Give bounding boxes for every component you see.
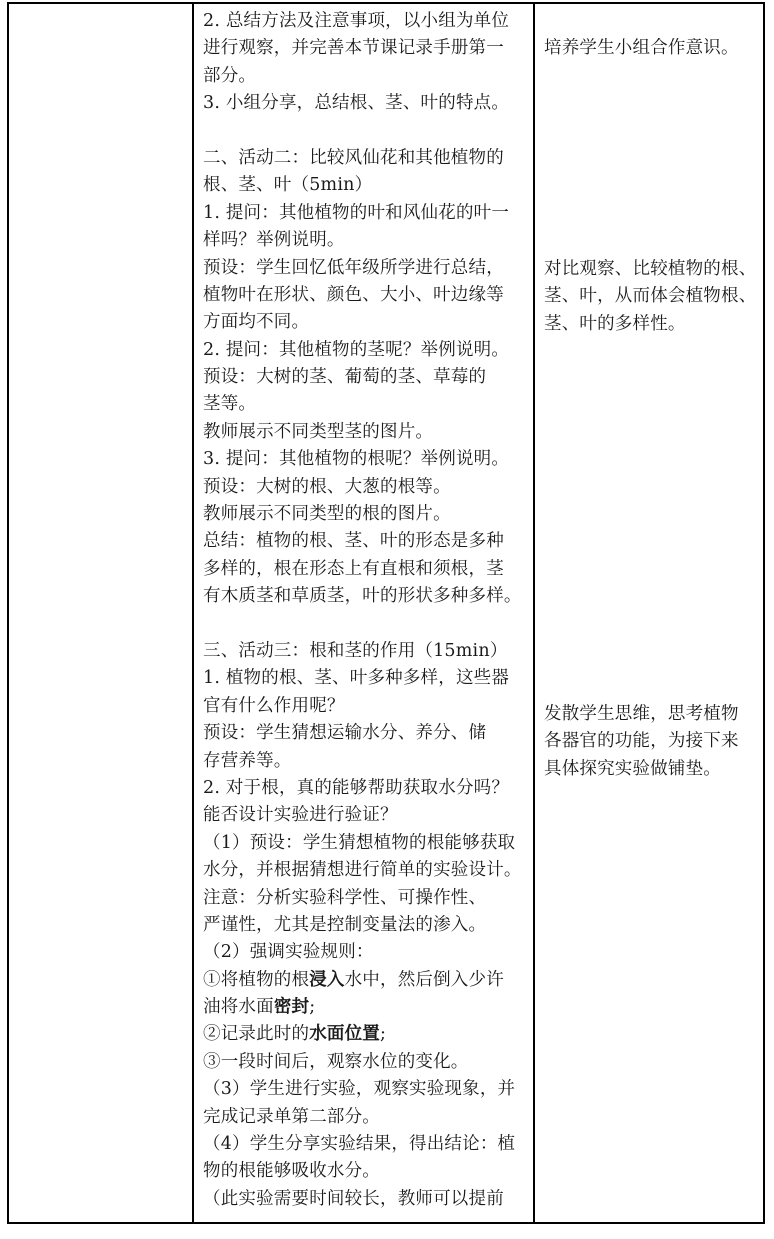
process-line: （2）强调实验规则： (203, 939, 531, 966)
document-page: 2. 总结方法及注意事项，以小组为单位 进行观察，并完善本节课记录手册第一 部分… (0, 0, 774, 1239)
summary-line: 有木质茎和草质茎，叶的形状多种多样。 (203, 583, 531, 610)
process-line: 完成记录单第二部分。 (203, 1104, 531, 1131)
design-intent-note-1: 培养学生小组合作意识。 (544, 35, 766, 62)
process-line: 教师展示不同类型茎的图片。 (203, 419, 531, 446)
lesson-plan-table: 2. 总结方法及注意事项，以小组为单位 进行观察，并完善本节课记录手册第一 部分… (7, 2, 765, 1224)
summary-line: 总结：植物的根、茎、叶的形态是多种 (203, 528, 531, 555)
process-line: 水分，并根据猜想进行简单的实验设计。 (203, 857, 531, 884)
process-line: 2. 提问：其他植物的茎呢？举例说明。 (203, 337, 531, 364)
blank-line (203, 611, 531, 638)
process-line: 样吗？举例说明。 (203, 227, 531, 254)
process-line: 预设：学生猜想运输水分、养分、储 (203, 720, 531, 747)
process-line: 植物叶在形状、颜色、大小、叶边缘等 (203, 282, 531, 309)
process-line: 官有什么作用呢？ (203, 693, 531, 720)
process-line: 1. 植物的根、茎、叶多种多样，这些器 (203, 665, 531, 692)
process-line: 预设：大树的茎、葡萄的茎、草莓的 (203, 364, 531, 391)
process-line: （此实验需要时间较长，教师可以提前 (203, 1186, 531, 1213)
blank-line (203, 118, 531, 145)
process-line: 进行观察，并完善本节课记录手册第一 (203, 35, 531, 62)
experiment-rule-1-cont: 油将水面密封; (203, 994, 531, 1021)
process-line: 注意：分析实验科学性、可操作性、 (203, 885, 531, 912)
process-line: 严谨性，尤其是控制变量法的渗入。 (203, 912, 531, 939)
process-line: 预设：学生回忆低年级所学进行总结， (203, 255, 531, 282)
activity-two-heading-cont: 根、茎、叶（5min） (203, 172, 531, 199)
teaching-process-content: 2. 总结方法及注意事项，以小组为单位 进行观察，并完善本节课记录手册第一 部分… (203, 8, 531, 1213)
process-line: 1. 提问：其他植物的叶和风仙花的叶一 (203, 200, 531, 227)
process-line: 教师展示不同类型的根的图片。 (203, 501, 531, 528)
process-line: （3）学生进行实验，观察实验现象，并 (203, 1076, 531, 1103)
process-line: 方面均不同。 (203, 309, 531, 336)
process-line: 物的根能够吸收水分。 (203, 1158, 531, 1185)
process-line: 存营养等。 (203, 748, 531, 775)
table-column-design-intent: 培养学生小组合作意识。 对比观察、比较植物的根、 茎、叶，从而体会植物根、 茎、… (535, 4, 763, 1222)
process-line: 2. 总结方法及注意事项，以小组为单位 (203, 8, 531, 35)
process-line: 部分。 (203, 63, 531, 90)
experiment-rule-3: ③一段时间后，观察水位的变化。 (203, 1049, 531, 1076)
design-intent-note-2: 对比观察、比较植物的根、 茎、叶，从而体会植物根、 茎、叶的多样性。 (544, 256, 766, 338)
bold-term: 浸入 (309, 970, 344, 990)
summary-line: 多样的，根在形态上有直根和须根，茎 (203, 556, 531, 583)
activity-three-heading: 三、活动三：根和茎的作用（15min） (203, 638, 531, 665)
process-line: 2. 对于根，真的能够帮助获取水分吗？ (203, 775, 531, 802)
process-line: （1）预设：学生猜想植物的根能够获取 (203, 830, 531, 857)
process-line: 能否设计实验进行验证？ (203, 802, 531, 829)
table-column-teaching-process: 2. 总结方法及注意事项，以小组为单位 进行观察，并完善本节课记录手册第一 部分… (194, 4, 535, 1222)
design-intent-note-3: 发散学生思维，思考植物 各器官的功能，为接下来 具体探究实验做铺垫。 (544, 701, 766, 783)
bold-term: 水面位置 (309, 1024, 380, 1044)
process-line: 茎等。 (203, 391, 531, 418)
process-line: 3. 小组分享，总结根、茎、叶的特点。 (203, 90, 531, 117)
table-column-stage (9, 4, 194, 1222)
bold-term: 密封 (274, 997, 309, 1017)
process-line: （4）学生分享实验结果，得出结论：植 (203, 1131, 531, 1158)
process-line: 3. 提问：其他植物的根呢？举例说明。 (203, 446, 531, 473)
experiment-rule-1: ①将植物的根浸入水中，然后倒入少许 (203, 967, 531, 994)
process-line: 预设：大树的根、大葱的根等。 (203, 474, 531, 501)
activity-two-heading: 二、活动二：比较风仙花和其他植物的 (203, 145, 531, 172)
experiment-rule-2: ②记录此时的水面位置; (203, 1021, 531, 1048)
